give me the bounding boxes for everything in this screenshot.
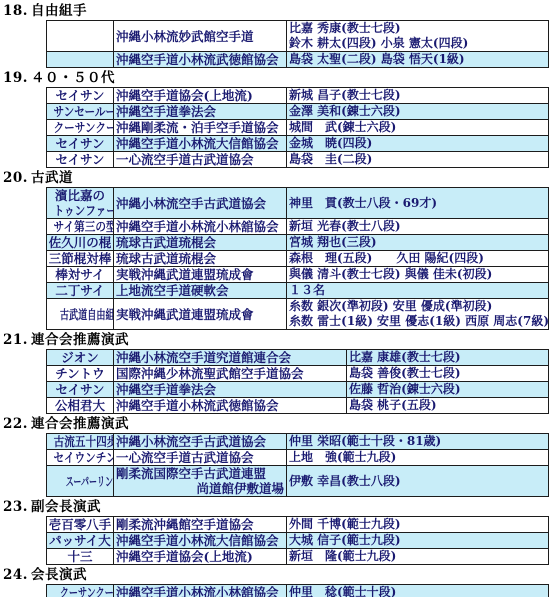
org-cell: 沖縄小林流空手古武道協会 [114, 434, 287, 450]
org-name: 沖縄空手道拳法会 [116, 104, 284, 119]
org-cell: 沖縄空手道小林流小林舘協会 [114, 219, 287, 235]
kata-name-text: セイサン [55, 152, 104, 167]
performers-cell: 新垣 隆(範士九段) [287, 549, 549, 565]
table-row: 二丁サイ上地流空手道硬軟会１３名 [47, 283, 549, 299]
performer-names: 與儀 清斗(教士七段) 與儀 佳未(初段) [289, 267, 546, 282]
kata-name: 十三 [48, 549, 112, 564]
performers-cell: 宮城 翔也(三段) [287, 235, 549, 251]
section-title: 古武道 [31, 170, 73, 186]
program-table: クーサンクー小沖縄空手道小林流小林舘協会仲里 稔(範士十段) [46, 584, 549, 597]
org-cell: 沖縄空手道小林流小林舘協会 [114, 585, 287, 597]
section-number: 22. [3, 416, 28, 432]
performer-names: 島袋 圭(二段) [289, 152, 546, 167]
performers-cell: 比嘉 康雄(教士七段) [347, 350, 549, 366]
program-table: 沖縄小林流妙武館空手道比嘉 秀康(教士七段)鈴木 耕太(四段) 小泉 憲太(四段… [46, 20, 549, 68]
section-19: 19.４０・５０代セイサン沖縄空手道協会(上地流)新城 昌子(教士七段)サンセー… [3, 70, 552, 168]
section-number: 23. [3, 499, 28, 515]
kata-name: セイウンチン [48, 450, 112, 465]
kata-cell: セイサン [47, 136, 114, 152]
kata-cell: ジオン [47, 350, 114, 366]
performers-cell: 大城 信子(範士九段) [287, 533, 549, 549]
kata-cell: パッサイ大 [47, 533, 114, 549]
org-cell: 沖縄小林流妙武館空手道 [114, 21, 287, 52]
performers-cell: 新垣 光春(教士八段) [287, 219, 549, 235]
performers-cell: 與儀 清斗(教士七段) 與儀 佳未(初段) [287, 267, 549, 283]
performers-cell: 金城 暁(四段) [287, 136, 549, 152]
performers-cell: 森根 理(五段) 久田 陽紀(四段) [287, 251, 549, 267]
table-row: パッサイ大沖縄空手道小林流大信館協会大城 信子(範士九段) [47, 533, 549, 549]
performer-names: 比嘉 秀康(教士七段) [289, 21, 546, 36]
kata-name [48, 29, 112, 44]
section-heading: 24.会長演武 [3, 567, 552, 583]
kata-name-text: スーパーリンペイ [66, 474, 114, 489]
table-row: 沖縄空手道小林流武徳館協会島袋 太聖(二段) 島袋 悟天(1級) [47, 52, 549, 68]
kata-cell: 十三 [47, 549, 114, 565]
section-heading: 20.古武道 [3, 170, 552, 186]
kata-cell: クーサンクー小 [47, 585, 114, 597]
org-name: 沖縄空手道小林流小林舘協会 [116, 219, 284, 234]
org-cell: 上地流空手道硬軟会 [114, 283, 287, 299]
kata-name: 古流五十四歩 [48, 434, 112, 449]
kata-name-text: サイ第三の型 [54, 219, 114, 234]
kata-name: 古武道自由組手 [48, 307, 112, 322]
kata-cell: サンセールー [47, 104, 114, 120]
org-cell: 国際沖縄少林流聖武館空手道協会 [114, 366, 347, 382]
kata-name: ジオン [48, 350, 112, 365]
kata-cell: セイサン [47, 152, 114, 168]
performer-names: 金澤 美和(錬士六段) [289, 104, 546, 119]
program-list: 18.自由組手沖縄小林流妙武館空手道比嘉 秀康(教士七段)鈴木 耕太(四段) 小… [0, 0, 552, 597]
program-table: ジオン沖縄小林流空手道究道館連合会比嘉 康雄(教士七段)チントウ国際沖縄少林流聖… [46, 349, 549, 414]
kata-name-text: 佐久川の棍 [49, 235, 112, 250]
org-cell: 琉球古武道琉棍会 [114, 235, 287, 251]
org-cell: 沖縄空手道小林流大信館協会 [114, 136, 287, 152]
performers-cell: 仲里 稔(範士十段) [287, 585, 549, 597]
kata-name: 棒対サイ [48, 267, 112, 282]
org-name: 沖縄剛柔流・泊手空手道協会 [116, 120, 284, 135]
org-name: 一心流空手道古武道協会 [116, 152, 284, 167]
kata-cell: セイサン [47, 88, 114, 104]
org-name: 沖縄空手道協会(上地流) [116, 88, 284, 103]
kata-name-text: 古流五十四歩 [54, 434, 114, 449]
section-21: 21.連合会推薦演武ジオン沖縄小林流空手道究道館連合会比嘉 康雄(教士七段)チン… [3, 332, 552, 414]
section-heading: 18.自由組手 [3, 3, 552, 19]
performer-names: 上地 強(範士九段) [289, 450, 546, 465]
org-cell: 沖縄空手道小林流武徳館協会 [114, 398, 347, 414]
table-row: 三節棍対棒琉球古武道琉棍会森根 理(五段) 久田 陽紀(四段) [47, 251, 549, 267]
kata-name [48, 52, 112, 67]
section-22: 22.連合会推薦演武古流五十四歩沖縄小林流空手古武道協会仲里 栄昭(範士十段・8… [3, 416, 552, 497]
org-name: 実戦沖縄武道連盟琉成會 [116, 307, 284, 322]
section-number: 19. [3, 70, 28, 86]
org-name: 沖縄空手道小林流大信館協会 [116, 136, 284, 151]
org-name: 実戦沖縄武道連盟琉成會 [116, 267, 284, 282]
org-name: 沖縄空手道協会(上地流) [116, 549, 284, 564]
performer-names: 糸数 銀次(準初段) 安里 優成(準初段) [289, 299, 546, 314]
performers-cell: 比嘉 秀康(教士七段)鈴木 耕太(四段) 小泉 憲太(四段) [287, 21, 549, 52]
performer-names: 佐藤 哲治(錬士六段) [349, 382, 546, 397]
org-name: 琉球古武道琉棍会 [116, 251, 284, 266]
performers-cell: 佐藤 哲治(錬士六段) [347, 382, 549, 398]
kata-name: トゥンファー [48, 203, 112, 218]
section-24: 24.会長演武クーサンクー小沖縄空手道小林流小林舘協会仲里 稔(範士十段) [3, 567, 552, 597]
performer-names: 鈴木 耕太(四段) 小泉 憲太(四段) [289, 36, 546, 51]
performer-names: 新垣 隆(範士九段) [289, 549, 546, 564]
org-name: 一心流空手道古武道協会 [116, 450, 284, 465]
kata-cell [47, 52, 114, 68]
org-name: 国際沖縄少林流聖武館空手道協会 [116, 366, 344, 381]
kata-cell: 濱比嘉のトゥンファー [47, 188, 114, 219]
kata-name-text: 古武道自由組手 [60, 307, 114, 322]
kata-cell: スーパーリンペイ [47, 466, 114, 497]
table-row: セイウンチン一心流空手道古武道協会上地 強(範士九段) [47, 450, 549, 466]
section-number: 24. [3, 567, 28, 583]
kata-cell: 三節棍対棒 [47, 251, 114, 267]
kata-name: スーパーリンペイ [48, 474, 112, 489]
kata-name: セイサン [48, 382, 112, 397]
performer-names: １３名 [289, 283, 546, 298]
performer-names: 島袋 善俊(教士七段) [349, 366, 546, 381]
performers-cell: 伊敷 幸昌(教士八段) [287, 466, 549, 497]
table-row: 佐久川の棍琉球古武道琉棍会宮城 翔也(三段) [47, 235, 549, 251]
kata-cell: 古流五十四歩 [47, 434, 114, 450]
program-table: 壱百零八手剛柔流沖縄館空手道協会外間 千博(範士九段)パッサイ大沖縄空手道小林流… [46, 516, 549, 565]
kata-cell: チントウ [47, 366, 114, 382]
table-row: 十三沖縄空手道協会(上地流)新垣 隆(範士九段) [47, 549, 549, 565]
kata-name: 三節棍対棒 [48, 251, 112, 266]
kata-name: セイサン [48, 152, 112, 167]
section-number: 18. [3, 3, 28, 19]
kata-name-text: クーサンクー小 [60, 585, 114, 597]
org-name: 琉球古武道琉棍会 [116, 235, 284, 250]
kata-cell: 佐久川の棍 [47, 235, 114, 251]
performer-names: 城間 武(錬士六段) [289, 120, 546, 135]
section-number: 21. [3, 332, 28, 348]
org-name: 沖縄空手道小林流武徳館協会 [116, 398, 344, 413]
section-title: 連合会推薦演武 [31, 416, 129, 432]
org-name: 上地流空手道硬軟会 [116, 283, 284, 298]
kata-name-text: セイウンチン [54, 450, 114, 465]
kata-cell: 二丁サイ [47, 283, 114, 299]
table-row: ジオン沖縄小林流空手道究道館連合会比嘉 康雄(教士七段) [47, 350, 549, 366]
program-table: 濱比嘉のトゥンファー沖縄小林流空手古武道協会神里 貫(教士八段・69才)サイ第三… [46, 187, 549, 330]
section-number: 20. [3, 170, 28, 186]
performer-names: 金城 暁(四段) [289, 136, 546, 151]
section-heading: 22.連合会推薦演武 [3, 416, 552, 432]
performer-names: 島袋 太聖(二段) 島袋 悟天(1級) [289, 52, 546, 67]
table-row: クーサンクー沖縄剛柔流・泊手空手道協会城間 武(錬士六段) [47, 120, 549, 136]
table-row: 古流五十四歩沖縄小林流空手古武道協会仲里 栄昭(範士十段・81歳) [47, 434, 549, 450]
kata-cell: 壱百零八手 [47, 517, 114, 533]
performers-cell: １３名 [287, 283, 549, 299]
kata-name: クーサンクー [48, 120, 112, 135]
kata-cell: サイ第三の型 [47, 219, 114, 235]
kata-name-text: セイサン [55, 136, 104, 151]
kata-name-text: 壱百零八手 [49, 517, 112, 532]
kata-cell: 公相君大 [47, 398, 114, 414]
section-heading: 21.連合会推薦演武 [3, 332, 552, 348]
kata-name-text: 棒対サイ [55, 267, 104, 282]
kata-name-text: チントウ [55, 366, 104, 381]
kata-name-text: 三節棍対棒 [49, 251, 112, 266]
org-cell: 沖縄空手道小林流武徳館協会 [114, 52, 287, 68]
kata-cell: 古武道自由組手 [47, 299, 114, 330]
performers-cell: 仲里 栄昭(範士十段・81歳) [287, 434, 549, 450]
kata-name-text: 公相君大 [55, 398, 105, 413]
kata-name: チントウ [48, 366, 112, 381]
table-row: 壱百零八手剛柔流沖縄館空手道協会外間 千博(範士九段) [47, 517, 549, 533]
kata-name: サンセールー [48, 104, 112, 119]
org-name: 剛柔流国際空手古武道連盟 [116, 466, 284, 481]
program-table: 古流五十四歩沖縄小林流空手古武道協会仲里 栄昭(範士十段・81歳)セイウンチン一… [46, 433, 549, 497]
table-row: クーサンクー小沖縄空手道小林流小林舘協会仲里 稔(範士十段) [47, 585, 549, 597]
org-cell: 沖縄空手道拳法会 [114, 382, 347, 398]
table-row: サンセールー沖縄空手道拳法会金澤 美和(錬士六段) [47, 104, 549, 120]
kata-name-text: サンセールー [54, 104, 114, 119]
table-row: 濱比嘉のトゥンファー沖縄小林流空手古武道協会神里 貫(教士八段・69才) [47, 188, 549, 219]
kata-name-text: 十三 [67, 549, 92, 564]
performers-cell: 神里 貫(教士八段・69才) [287, 188, 549, 219]
kata-name: 公相君大 [48, 398, 112, 413]
performer-names: 新城 昌子(教士七段) [289, 88, 546, 103]
table-row: 公相君大沖縄空手道小林流武徳館協会島袋 桃子(五段) [47, 398, 549, 414]
org-cell: 実戦沖縄武道連盟琉成會 [114, 299, 287, 330]
section-heading: 19.４０・５０代 [3, 70, 552, 86]
performer-names: 仲里 栄昭(範士十段・81歳) [289, 434, 546, 449]
performer-names: 比嘉 康雄(教士七段) [349, 350, 546, 365]
kata-name: パッサイ大 [48, 533, 112, 548]
kata-name-text: セイサン [55, 88, 104, 103]
performer-names: 新垣 光春(教士八段) [289, 219, 546, 234]
kata-name: クーサンクー小 [48, 585, 112, 597]
section-title: 自由組手 [31, 3, 87, 19]
performers-cell: 島袋 圭(二段) [287, 152, 549, 168]
section-20: 20.古武道濱比嘉のトゥンファー沖縄小林流空手古武道協会神里 貫(教士八段・69… [3, 170, 552, 330]
kata-name: サイ第三の型 [48, 219, 112, 234]
kata-name-text: パッサイ大 [49, 533, 111, 548]
performers-cell: 糸数 銀次(準初段) 安里 優成(準初段)糸数 雷士(1級) 安里 優志(1級)… [287, 299, 549, 330]
org-name: 沖縄空手道小林流小林舘協会 [116, 585, 284, 597]
table-row: セイサン沖縄空手道拳法会佐藤 哲治(錬士六段) [47, 382, 549, 398]
performer-names: 糸数 雷士(1級) 安里 優志(1級) 西原 周志(7級) [289, 314, 546, 329]
performer-names: 仲里 稔(範士十段) [289, 585, 546, 597]
kata-cell: セイウンチン [47, 450, 114, 466]
kata-name: 二丁サイ [48, 283, 112, 298]
table-row: セイサン沖縄空手道小林流大信館協会金城 暁(四段) [47, 136, 549, 152]
performers-cell: 城間 武(錬士六段) [287, 120, 549, 136]
performers-cell: 島袋 太聖(二段) 島袋 悟天(1級) [287, 52, 549, 68]
org-name: 沖縄小林流空手道究道館連合会 [116, 350, 344, 365]
section-23: 23.副会長演武壱百零八手剛柔流沖縄館空手道協会外間 千博(範士九段)パッサイ大… [3, 499, 552, 565]
org-cell: 沖縄小林流空手古武道協会 [114, 188, 287, 219]
section-heading: 23.副会長演武 [3, 499, 552, 515]
kata-name: 佐久川の棍 [48, 235, 112, 250]
performer-names: 伊敷 幸昌(教士八段) [289, 474, 546, 489]
table-row: スーパーリンペイ剛柔流国際空手古武道連盟尚道館伊敷道場伊敷 幸昌(教士八段) [47, 466, 549, 497]
org-name: 沖縄小林流妙武館空手道 [116, 29, 284, 44]
performer-names: 神里 貫(教士八段・69才) [289, 196, 546, 211]
org-cell: 沖縄空手道小林流大信館協会 [114, 533, 287, 549]
org-cell: 一心流空手道古武道協会 [114, 450, 287, 466]
table-row: サイ第三の型沖縄空手道小林流小林舘協会新垣 光春(教士八段) [47, 219, 549, 235]
kata-name: セイサン [48, 136, 112, 151]
table-row: チントウ国際沖縄少林流聖武館空手道協会島袋 善俊(教士七段) [47, 366, 549, 382]
performers-cell: 上地 強(範士九段) [287, 450, 549, 466]
performers-cell: 新城 昌子(教士七段) [287, 88, 549, 104]
kata-name-text: 二丁サイ [55, 283, 104, 298]
performers-cell: 金澤 美和(錬士六段) [287, 104, 549, 120]
org-name: 沖縄空手道小林流武徳館協会 [116, 52, 284, 67]
kata-cell: セイサン [47, 382, 114, 398]
section-title: ４０・５０代 [31, 70, 115, 86]
kata-cell: 棒対サイ [47, 267, 114, 283]
org-cell: 沖縄空手道協会(上地流) [114, 88, 287, 104]
kata-name: 壱百零八手 [48, 517, 112, 532]
table-row: 沖縄小林流妙武館空手道比嘉 秀康(教士七段)鈴木 耕太(四段) 小泉 憲太(四段… [47, 21, 549, 52]
performers-cell: 島袋 善俊(教士七段) [347, 366, 549, 382]
kata-name-text: トゥンファー [54, 203, 114, 218]
performer-names: 外間 千博(範士九段) [289, 517, 546, 532]
org-name: 沖縄小林流空手古武道協会 [116, 434, 284, 449]
kata-name-text: クーサンクー [54, 120, 114, 135]
org-cell: 剛柔流国際空手古武道連盟尚道館伊敷道場 [114, 466, 287, 497]
org-cell: 実戦沖縄武道連盟琉成會 [114, 267, 287, 283]
kata-name-text: 濱比嘉の [55, 188, 105, 203]
program-table: セイサン沖縄空手道協会(上地流)新城 昌子(教士七段)サンセールー沖縄空手道拳法… [46, 87, 549, 168]
kata-name-text: セイサン [55, 382, 104, 397]
performer-names: 宮城 翔也(三段) [289, 235, 546, 250]
kata-cell: クーサンクー [47, 120, 114, 136]
performer-names: 島袋 桃子(五段) [349, 398, 546, 413]
table-row: セイサン沖縄空手道協会(上地流)新城 昌子(教士七段) [47, 88, 549, 104]
org-cell: 琉球古武道琉棍会 [114, 251, 287, 267]
kata-cell [47, 21, 114, 52]
table-row: 古武道自由組手実戦沖縄武道連盟琉成會糸数 銀次(準初段) 安里 優成(準初段)糸… [47, 299, 549, 330]
org-name: 剛柔流沖縄館空手道協会 [116, 517, 284, 532]
section-18: 18.自由組手沖縄小林流妙武館空手道比嘉 秀康(教士七段)鈴木 耕太(四段) 小… [3, 3, 552, 68]
org-name: 尚道館伊敷道場 [116, 481, 284, 496]
table-row: セイサン一心流空手道古武道協会島袋 圭(二段) [47, 152, 549, 168]
table-row: 棒対サイ実戦沖縄武道連盟琉成會與儀 清斗(教士七段) 與儀 佳未(初段) [47, 267, 549, 283]
org-name: 沖縄空手道拳法会 [116, 382, 344, 397]
kata-name: セイサン [48, 88, 112, 103]
performers-cell: 外間 千博(範士九段) [287, 517, 549, 533]
org-name: 沖縄小林流空手古武道協会 [116, 196, 284, 211]
kata-name-text: ジオン [61, 350, 99, 365]
org-cell: 一心流空手道古武道協会 [114, 152, 287, 168]
org-cell: 沖縄空手道拳法会 [114, 104, 287, 120]
performers-cell: 島袋 桃子(五段) [347, 398, 549, 414]
section-title: 副会長演武 [31, 499, 101, 515]
section-title: 連合会推薦演武 [31, 332, 129, 348]
section-title: 会長演武 [31, 567, 87, 583]
org-cell: 沖縄剛柔流・泊手空手道協会 [114, 120, 287, 136]
org-name: 沖縄空手道小林流大信館協会 [116, 533, 284, 548]
performer-names: 大城 信子(範士九段) [289, 533, 546, 548]
org-cell: 沖縄小林流空手道究道館連合会 [114, 350, 347, 366]
kata-name: 濱比嘉の [48, 188, 112, 203]
org-cell: 沖縄空手道協会(上地流) [114, 549, 287, 565]
org-cell: 剛柔流沖縄館空手道協会 [114, 517, 287, 533]
performer-names: 森根 理(五段) 久田 陽紀(四段) [289, 251, 546, 266]
